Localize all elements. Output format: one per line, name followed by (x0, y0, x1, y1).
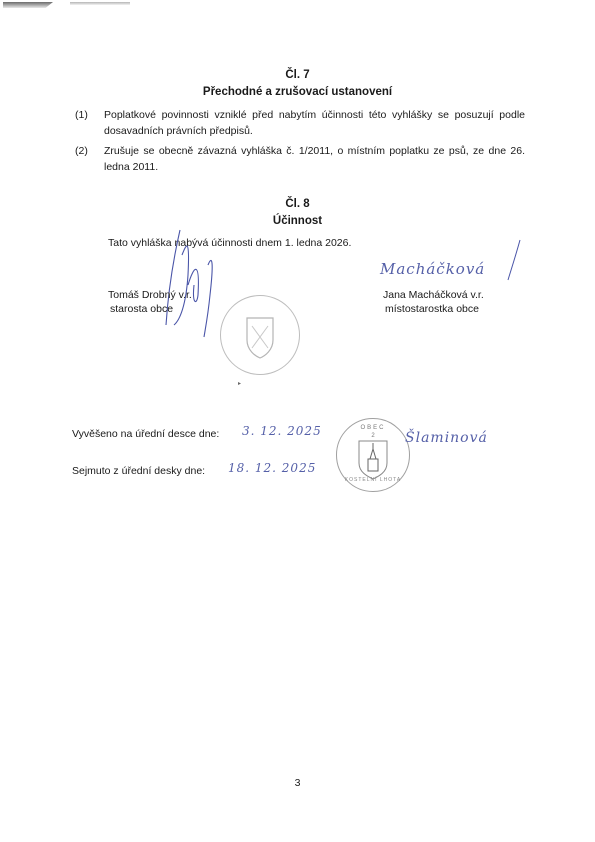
scan-artifact (70, 2, 130, 5)
deputy-signature: Macháčková (380, 260, 485, 278)
stamp-number: 2 (337, 433, 409, 439)
page-number: 3 (0, 777, 595, 789)
mayor-name: Tomáš Drobný v.r. (108, 289, 192, 301)
article-8-number: Čl. 8 (0, 198, 595, 210)
article-7-title: Přechodné a zrušovací ustanovení (0, 86, 595, 98)
paragraph-2: (2) Zrušuje se obecně závazná vyhláška č… (75, 143, 525, 175)
mayor-signature (160, 225, 220, 340)
paragraph-number: (1) (75, 107, 88, 123)
signature-stroke (505, 238, 525, 283)
dot-mark: ▸ (238, 380, 241, 387)
deputy-role: místostarostka obce (385, 303, 479, 315)
removed-date: 18. 12. 2025 (228, 461, 316, 475)
posted-label: Vyvěšeno na úřední desce dne: (72, 428, 219, 440)
paragraph-text: Zrušuje se obecně závazná vyhláška č. 1/… (104, 143, 525, 175)
municipal-stamp-right: OBEC 2 KOSTELNÍ LHOTA (336, 418, 410, 492)
removed-label: Sejmuto z úřední desky dne: (72, 465, 205, 477)
stamp-top-text: OBEC (337, 425, 409, 431)
clerk-signature: Šlaminová (405, 430, 488, 446)
effective-date-text: Tato vyhláška nabývá účinnosti dnem 1. l… (108, 237, 351, 249)
paragraph-text: Poplatkové povinnosti vzniklé před nabyt… (104, 107, 525, 139)
article-8-title: Účinnost (0, 215, 595, 227)
article-7-number: Čl. 7 (0, 69, 595, 81)
paragraph-1: (1) Poplatkové povinnosti vzniklé před n… (75, 107, 525, 139)
scan-artifact (3, 2, 53, 8)
municipal-stamp-left (220, 295, 300, 375)
posted-date: 3. 12. 2025 (242, 424, 322, 438)
deputy-name: Jana Macháčková v.r. (383, 289, 484, 301)
mayor-role: starosta obce (110, 303, 173, 315)
coat-of-arms-icon (221, 296, 299, 374)
stamp-bottom-text: KOSTELNÍ LHOTA (337, 477, 409, 483)
paragraph-number: (2) (75, 143, 88, 159)
